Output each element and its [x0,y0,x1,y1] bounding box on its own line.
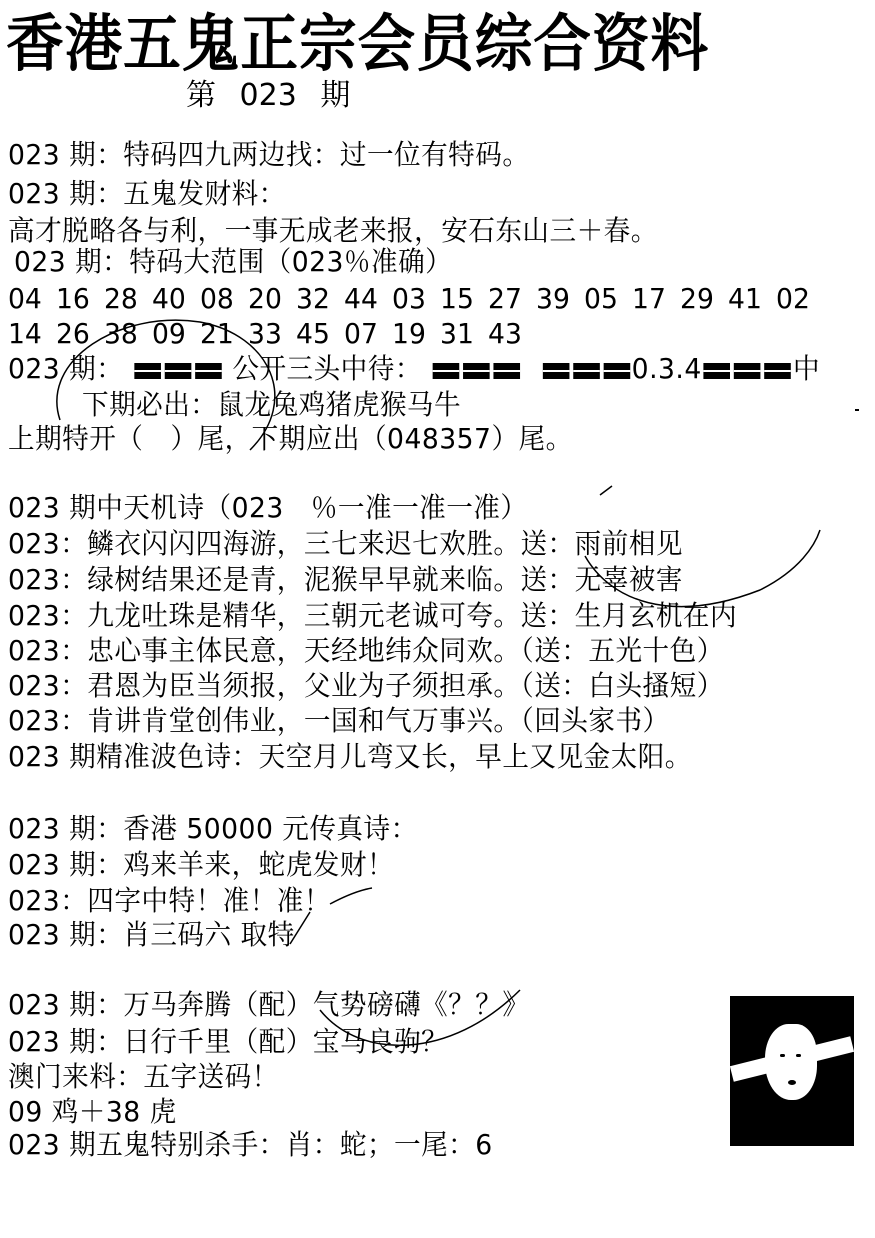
portrait-photo [730,996,854,1146]
must-out-line: 下期必出：鼠龙兔鸡猪虎猴马牛 [82,388,461,422]
number-row-1: 04 16 28 40 08 20 32 44 03 15 27 39 05 1… [8,282,810,316]
heads-prefix: 023 期： [8,352,123,385]
redacted-blocks [540,353,631,387]
killer-line: 023 期五鬼特别杀手：肖：蛇；一尾：6 [8,1128,493,1162]
fax-line: 023 期：鸡来羊来，蛇虎发财！ [8,848,394,882]
redacted-blocks [702,353,793,387]
photo-eye [796,1054,801,1057]
footer-line: 09 鸡＋38 虎 [8,1095,177,1129]
poem-line: 023：鳞衣闪闪四海游，三七来迟七欢胜。送：雨前相见 [8,527,683,561]
poem-line: 023：九龙吐珠是精华，三朝元老诚可夸。送：生月玄机在内 [8,599,737,633]
fax-line: 023 期：香港 50000 元传真诗： [8,812,418,846]
heads-digits: 0.3.4 [632,352,702,385]
color-poem-line: 023 期精准波色诗：天空月儿弯又长，早上又见金太阳。 [8,740,692,774]
fax-line: 023：四字中特！准！准！ [8,884,331,918]
issue-label: 第 023 期 [186,70,364,114]
poem-line: 023：绿树结果还是青，泥猴早早就来临。送：无辜被害 [8,563,683,597]
footer-line: 澳门来料：五字送码！ [8,1060,279,1094]
number-row-2: 14 26 38 09 21 33 45 07 19 31 43 [8,317,522,351]
heads-suffix: 中 [793,352,820,385]
page-title: 香港五鬼正宗会员综合资料 [6,0,815,83]
tail-line: 上期特开（ ）尾，下期应出（048357）尾。 [8,422,573,456]
poem-line: 023：肯讲肯堂创伟业，一国和气万事兴。（回头家书） [8,704,670,738]
footer-line: 023 期：日行千里（配）宝马良驹？ [8,1025,448,1059]
tip-line: 023 期：五鬼发财料： [8,177,286,211]
photo-face [765,1024,817,1100]
poem-line: 023：君恩为臣当须报，父业为子须担承。（送：白头搔短） [8,669,724,703]
issue-prefix: 第 [186,78,216,113]
footer-line: 023 期：万马奔腾（配）气势磅礴《？？》 [8,988,529,1022]
photo-eye [780,1054,785,1057]
heads-mid: 公开三头中待： [232,352,422,385]
photo-mouth [788,1080,796,1085]
redacted-blocks [132,353,223,387]
poem-title: 023 期中天机诗（023 ％一准一准一准） [8,491,527,525]
tip-line: 023 期：特码大范围（023％准确） [14,245,452,279]
heads-line: 023 期： 公开三头中待： 0.3.4中 [8,352,820,387]
issue-suffix: 期 [320,78,350,113]
fax-line: 023 期：肖三码六 取特 [8,918,295,952]
redacted-blocks [431,353,522,387]
tip-line: 023 期：特码四九两边找：过一位有特码。 [8,138,529,172]
issue-number: 023 [240,78,297,113]
tip-line: 高才脱略各与利，一事无成老来报，安石东山三＋春。 [8,214,658,248]
poem-line: 023：忠心事主体民意，天经地纬众同欢。（送：五光十色） [8,634,724,668]
